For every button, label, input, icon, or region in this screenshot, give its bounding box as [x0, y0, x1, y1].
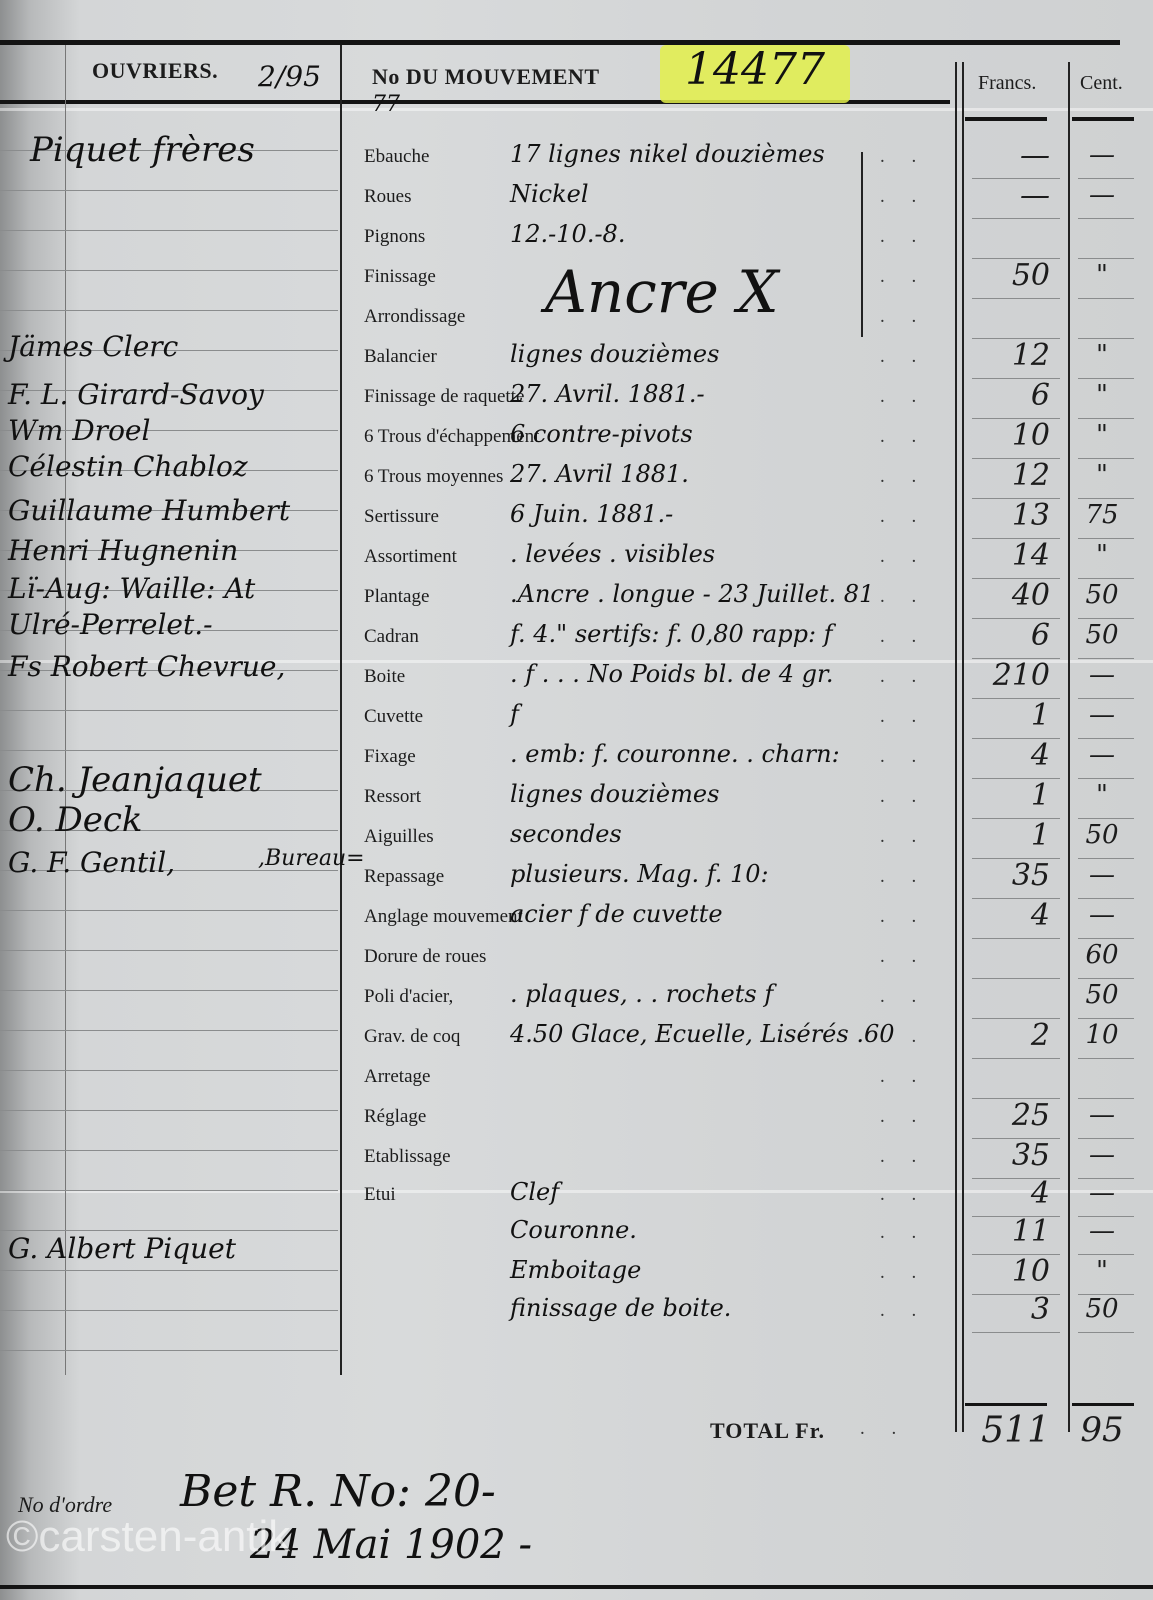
row-handwritten: lignes douzièmes — [510, 780, 719, 808]
bottom-rule — [0, 1585, 1153, 1589]
row-label: Poli d'acier, — [364, 986, 453, 1008]
row-label: Etablissage — [364, 1146, 451, 1168]
cent-rule — [1078, 298, 1134, 299]
cent-value: — — [1072, 1178, 1132, 1208]
leader-dots: . . — [880, 866, 927, 888]
cent-rule — [1078, 498, 1134, 499]
row-handwritten: . emb: f. couronne. . charn: — [510, 740, 840, 768]
leader-dots: . . — [880, 1026, 927, 1048]
francs-value: 6 — [940, 618, 1050, 653]
worker-name: F. L. Girard-Savoy — [8, 378, 264, 411]
cent-rule — [1078, 1254, 1134, 1255]
cent-rule — [1078, 458, 1134, 459]
leader-dots: . . — [880, 386, 927, 408]
row-handwritten: Couronne. — [510, 1216, 637, 1244]
ruled-line — [0, 910, 338, 911]
francs-value: 1 — [940, 818, 1050, 853]
cent-value: 50 — [1072, 980, 1132, 1010]
ruled-line — [0, 190, 338, 191]
cent-value: — — [1072, 140, 1132, 170]
cent-value: — — [1072, 1100, 1132, 1130]
cent-value: — — [1072, 740, 1132, 770]
cent-value: 50 — [1072, 580, 1132, 610]
francs-rule — [972, 1058, 1060, 1059]
leader-dots: . . — [880, 1066, 927, 1088]
row-handwritten: f — [510, 700, 519, 728]
row-label: Arretage — [364, 1066, 430, 1088]
row-label: Fixage — [364, 746, 416, 768]
ouvriers-header: OUVRIERS. — [92, 58, 218, 84]
cent-value: " — [1072, 540, 1132, 570]
cent-value: — — [1072, 180, 1132, 210]
leader-dots: . . — [880, 946, 927, 968]
ruled-line — [0, 1230, 338, 1231]
cent-rule — [1078, 858, 1134, 859]
row-handwritten: plusieurs. Mag. f. 10: — [510, 860, 769, 888]
row-handwritten: . levées . visibles — [510, 540, 715, 568]
paper-fold — [0, 108, 1153, 111]
row-label: Grav. de coq — [364, 1026, 460, 1048]
ruled-line — [0, 310, 338, 311]
bracket-line — [861, 152, 863, 337]
row-label: Arrondissage — [364, 306, 465, 328]
francs-value: 1 — [940, 778, 1050, 813]
leader-dots: . . — [880, 1262, 927, 1284]
movement-header: No DU MOUVEMENT — [372, 64, 600, 90]
row-handwritten: lignes douzièmes — [510, 340, 719, 368]
leader-dots: . . — [880, 626, 927, 648]
cent-rule — [1078, 378, 1134, 379]
leader-dots: . . — [880, 146, 927, 168]
row-label: Assortiment — [364, 546, 457, 568]
ledger-sheet: OUVRIERS. 2/95 No DU MOUVEMENT 14477 77 … — [0, 0, 1153, 1600]
ruled-line — [0, 1190, 338, 1191]
francs-value: 25 — [940, 1098, 1050, 1133]
row-label: Cuvette — [364, 706, 423, 728]
cent-rule — [1078, 218, 1134, 219]
row-label: Roues — [364, 186, 412, 208]
leader-dots: . . — [880, 906, 927, 928]
francs-value: 6 — [940, 378, 1050, 413]
leader-dots: . . — [880, 306, 927, 328]
ruled-line — [0, 1310, 338, 1311]
ruled-line — [0, 710, 338, 711]
cent-value: 60 — [1072, 940, 1132, 970]
worker-name: Henri Hugnenin — [8, 534, 238, 567]
leader-dots: . . — [880, 586, 927, 608]
cent-rule — [1078, 938, 1134, 939]
leader-dots: . . — [880, 706, 927, 728]
total-cent: 95 — [1072, 1410, 1132, 1450]
worker-name: Guillaume Humbert — [8, 494, 290, 527]
row-handwritten: finissage de boite. — [510, 1294, 731, 1322]
francs-rule — [972, 938, 1060, 939]
cent-rule — [1078, 338, 1134, 339]
cent-rule — [1078, 738, 1134, 739]
row-label: Sertissure — [364, 506, 439, 528]
francs-value: 4 — [940, 898, 1050, 933]
movement-sub-note: 77 — [372, 92, 400, 117]
leader-dots: . . — [880, 986, 927, 1008]
leader-dots: . . — [880, 786, 927, 808]
cent-rule — [1078, 178, 1134, 179]
francs-header: Francs. — [978, 72, 1036, 95]
francs-value: 12 — [940, 458, 1050, 493]
cent-value: 50 — [1072, 620, 1132, 650]
footer-date: 24 Mai 1902 - — [250, 1522, 532, 1568]
row-label: Aiguilles — [364, 826, 434, 848]
francs-value: 13 — [940, 498, 1050, 533]
worker-name: G. Albert Piquet — [8, 1232, 236, 1265]
cent-rule — [1078, 258, 1134, 259]
finissage-note: Ancre X — [545, 258, 779, 326]
francs-value: 50 — [940, 258, 1050, 293]
ruled-line — [0, 990, 338, 991]
bureau-note: ,Bureau= — [258, 846, 365, 871]
leader-dots: . . — [880, 826, 927, 848]
cent-value: 50 — [1072, 1294, 1132, 1324]
row-handwritten: .Ancre . longue - 23 Juillet. 81 — [510, 580, 874, 608]
ruled-line — [0, 1350, 338, 1351]
ruled-line — [0, 230, 338, 231]
francs-value: 4 — [940, 738, 1050, 773]
top-rule — [0, 40, 1120, 45]
row-handwritten: secondes — [510, 820, 622, 848]
worker-name: Célestin Chabloz — [8, 450, 248, 483]
ruled-line — [0, 1030, 338, 1031]
ruled-line — [0, 1150, 338, 1151]
ruled-line — [0, 1070, 338, 1071]
worker-name: Ch. Jeanjaquet — [8, 760, 262, 800]
francs-value: 3 — [940, 1292, 1050, 1327]
cent-rule — [1078, 618, 1134, 619]
ruled-line — [0, 270, 338, 271]
cent-value: — — [1072, 860, 1132, 890]
row-handwritten: 17 lignes nikel douzièmes — [510, 140, 825, 168]
row-label: Réglage — [364, 1106, 426, 1128]
cent-header: Cent. — [1080, 72, 1123, 95]
francs-value: 11 — [940, 1214, 1050, 1249]
francs-value: 4 — [940, 1176, 1050, 1211]
row-label: 6 Trous moyennes — [364, 466, 503, 488]
total-dots: . . — [860, 1418, 907, 1440]
row-handwritten: 12.-10.-8. — [510, 220, 625, 248]
cent-value: " — [1072, 260, 1132, 290]
cent-rule — [1078, 978, 1134, 979]
leader-dots: . . — [880, 426, 927, 448]
row-handwritten: f. 4." sertifs: f. 0,80 rapp: f — [510, 620, 833, 648]
row-label: Etui — [364, 1184, 396, 1206]
cent-value: — — [1072, 700, 1132, 730]
francs-value: 10 — [940, 1254, 1050, 1289]
leader-dots: . . — [880, 1300, 927, 1322]
row-label: Finissage de raquette — [364, 386, 524, 408]
row-handwritten: . plaques, . . rochets f — [510, 980, 773, 1008]
francs-value: 14 — [940, 538, 1050, 573]
francs-rule — [972, 218, 1060, 219]
cent-rule — [1078, 898, 1134, 899]
leader-dots: . . — [880, 746, 927, 768]
total-francs: 511 — [940, 1410, 1050, 1451]
francs-value: 210 — [940, 658, 1050, 693]
row-label: Boite — [364, 666, 405, 688]
row-label: Repassage — [364, 866, 444, 888]
row-handwritten: 27. Avril 1881. — [510, 460, 689, 488]
ruled-line — [0, 950, 338, 951]
leader-dots: . . — [880, 226, 927, 248]
cent-value: " — [1072, 380, 1132, 410]
leader-dots: . . — [880, 346, 927, 368]
cent-rule — [1078, 1098, 1134, 1099]
worker-name: Jämes Clerc — [8, 330, 178, 363]
francs-header-rule — [965, 117, 1047, 121]
worker-name: Piquet frères — [30, 130, 255, 170]
worker-name: O. Deck — [8, 800, 143, 840]
row-handwritten: Emboitage — [510, 1256, 641, 1284]
cent-value: " — [1072, 780, 1132, 810]
watermark: ©carsten-antik — [6, 1512, 290, 1562]
leader-dots: . . — [880, 1184, 927, 1206]
row-label: Pignons — [364, 226, 425, 248]
francs-value: 1 — [940, 698, 1050, 733]
cent-value: " — [1072, 1256, 1132, 1286]
cent-rule — [1078, 778, 1134, 779]
leader-dots: . . — [880, 1106, 927, 1128]
francs-value: — — [940, 138, 1050, 173]
row-handwritten: acier f de cuvette — [510, 900, 723, 928]
row-label: Ressort — [364, 786, 421, 808]
total-label: TOTAL Fr. — [710, 1418, 825, 1444]
ouvriers-note: 2/95 — [258, 60, 321, 93]
worker-name: Wm Droel — [8, 414, 150, 447]
cent-rule — [1078, 538, 1134, 539]
ruled-line — [0, 750, 338, 751]
cent-value: — — [1072, 660, 1132, 690]
francs-rule — [972, 978, 1060, 979]
francs-value: 12 — [940, 338, 1050, 373]
leader-dots: . . — [880, 1146, 927, 1168]
cent-divider — [1068, 62, 1070, 1432]
total-rule-francs — [965, 1403, 1047, 1406]
cent-rule — [1078, 1138, 1134, 1139]
cent-value: 75 — [1072, 500, 1132, 530]
cent-value: " — [1072, 340, 1132, 370]
leader-dots: . . — [880, 1222, 927, 1244]
francs-rule — [972, 298, 1060, 299]
worker-name: Lï-Aug: Waille: At — [8, 572, 255, 605]
francs-value: 40 — [940, 578, 1050, 613]
ordre-value: Bet R. No: 20- — [180, 1466, 496, 1517]
row-label: Dorure de roues — [364, 946, 486, 968]
francs-value: 35 — [940, 1138, 1050, 1173]
row-handwritten: 27. Avril. 1881.- — [510, 380, 705, 408]
cent-value: " — [1072, 460, 1132, 490]
ruled-line — [0, 1270, 338, 1271]
francs-rule — [972, 1332, 1060, 1333]
francs-value: 10 — [940, 418, 1050, 453]
cent-value: — — [1072, 1140, 1132, 1170]
cent-value: 10 — [1072, 1020, 1132, 1050]
francs-value: — — [940, 178, 1050, 213]
worker-name: Ulré-Perrelet.- — [8, 608, 213, 641]
cent-rule — [1078, 1018, 1134, 1019]
leader-dots: . . — [880, 466, 927, 488]
row-handwritten: . f . . . No Poids bl. de 4 gr. — [510, 660, 833, 688]
total-rule-cent — [1072, 1403, 1134, 1406]
cent-value: 50 — [1072, 820, 1132, 850]
row-handwritten: 6 contre-pivots — [510, 420, 693, 448]
row-handwritten: Clef — [510, 1178, 559, 1206]
row-handwritten: 4.50 Glace, Ecuelle, Lisérés .60 — [510, 1020, 894, 1048]
row-label: Ebauche — [364, 146, 429, 168]
cent-value: — — [1072, 900, 1132, 930]
cent-rule — [1078, 418, 1134, 419]
cent-value: " — [1072, 420, 1132, 450]
cent-value: — — [1072, 1216, 1132, 1246]
cent-rule — [1078, 578, 1134, 579]
cent-rule — [1078, 658, 1134, 659]
row-handwritten: 6 Juin. 1881.- — [510, 500, 673, 528]
francs-value: 35 — [940, 858, 1050, 893]
row-label: Anglage mouvement — [364, 906, 523, 928]
leader-dots: . . — [880, 506, 927, 528]
row-handwritten: Nickel — [510, 180, 589, 208]
leader-dots: . . — [880, 546, 927, 568]
row-label: Balancier — [364, 346, 437, 368]
cent-rule — [1078, 1332, 1134, 1333]
cent-rule — [1078, 818, 1134, 819]
worker-name: G. F. Gentil, — [8, 846, 175, 879]
column-divider — [340, 45, 342, 1375]
movement-number: 14477 — [685, 44, 825, 95]
cent-header-rule — [1072, 117, 1134, 121]
francs-value: 2 — [940, 1018, 1050, 1053]
row-label: Finissage — [364, 266, 436, 288]
cent-rule — [1078, 698, 1134, 699]
cent-rule — [1078, 1058, 1134, 1059]
row-label: Cadran — [364, 626, 419, 648]
leader-dots: . . — [880, 186, 927, 208]
leader-dots: . . — [880, 666, 927, 688]
ruled-line — [0, 1110, 338, 1111]
worker-name: Fs Robert Chevrue, — [8, 650, 285, 683]
leader-dots: . . — [880, 266, 927, 288]
row-label: Plantage — [364, 586, 429, 608]
